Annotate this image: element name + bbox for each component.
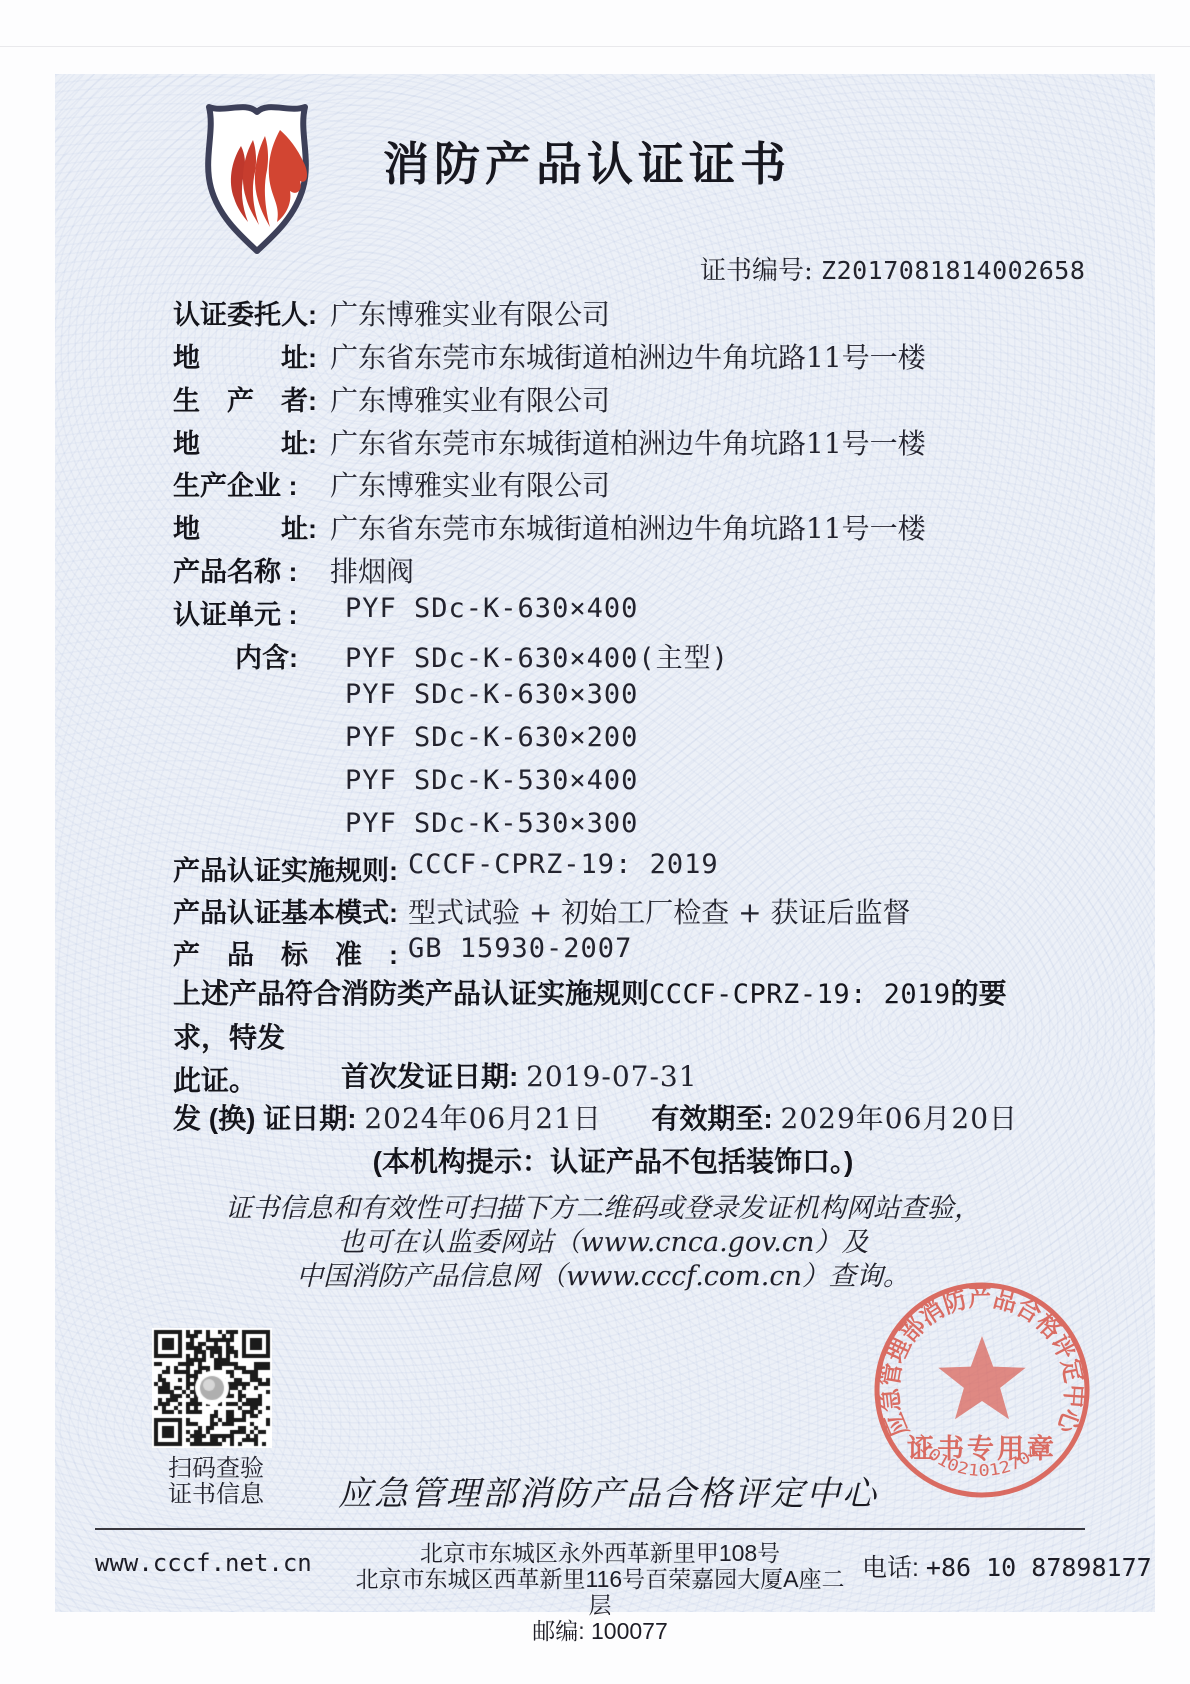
field-row-model: PYF SDc-K-530×300 [173,808,1073,848]
footer-address-line-2: 北京市东城区西革新里116号百荣嘉园大厦A座二层 [350,1566,850,1618]
certificate-number-value: Z2017081814002658 [821,256,1085,285]
field-label: 产品认证实施规则: [173,849,398,888]
field-row-product-standard: 产 品 标 准 : GB 15930-2007 [173,933,1073,973]
certificate-fields: 认证委托人: 广东博雅实业有限公司 地 址: 广东省东莞市东城街道柏洲边牛角坑路… [173,293,1073,983]
field-value: 广东博雅实业有限公司 [330,464,610,504]
qr-caption-line-1: 扫码查验 [168,1456,264,1482]
field-value: GB 15930-2007 [408,933,632,964]
field-label: 生 产 者: [173,379,317,418]
qr-code-icon [152,1328,272,1448]
field-value: PYF SDc-K-630×200 [345,722,638,753]
certificate-page: 消防产品认证证书 证书编号: Z2017081814002658 认证委托人: … [0,0,1190,1684]
fire-shield-logo-icon [196,96,318,260]
field-label: 地 址: [173,336,317,375]
certificate-number-label: 证书编号: [700,256,813,286]
scan-artifact-line [0,46,1190,47]
field-value: PYF SDc-K-630×300 [345,679,638,710]
verification-line-2: 也可在认监委网站（www.cnca.gov.cn）及 [173,1226,1033,1260]
field-value: PYF SDc-K-630×400 [345,593,638,624]
valid-until-label: 有效期至: [651,1103,772,1134]
field-row-address: 地 址: 广东省东莞市东城街道柏洲边牛角坑路11号一楼 [173,507,1073,547]
field-label: 产 品 标 准 : [173,933,398,972]
field-value: 型式试验 + 初始工厂检查 + 获证后监督 [408,891,911,931]
footer-phone-value: +86 10 87898177 [926,1553,1152,1582]
field-label: 内含: [235,636,298,675]
field-row-address: 地 址: 广东省东莞市东城街道柏洲边牛角坑路11号一楼 [173,422,1073,462]
agency-notice: (本机构提示：认证产品不包括装饰口。) [173,1140,1053,1180]
field-row-model: PYF SDc-K-630×200 [173,722,1073,762]
footer-divider [95,1528,1085,1530]
footer-postcode: 邮编: 100077 [350,1618,850,1644]
first-issue-date-label: 首次发证日期: [341,1061,518,1092]
footer-address-line-1: 北京市东城区永外西革新里甲108号 [350,1540,850,1566]
statement-rule-code: CCCF-CPRZ-19: 2019 [649,979,951,1010]
issuer-name: 应急管理部消防产品合格评定中心 [338,1466,878,1515]
field-row-cert-rule: 产品认证实施规则: CCCF-CPRZ-19: 2019 [173,849,1073,889]
first-issue-date-line: 首次发证日期: 2019-07-31 [341,1055,698,1095]
field-value: 广东博雅实业有限公司 [330,293,610,333]
reissue-date-value: 2024年06月21日 [364,1102,602,1135]
first-issue-date-value: 2019-07-31 [526,1060,697,1093]
field-value: 排烟阀 [330,550,414,590]
field-value: 广东省东莞市东城街道柏洲边牛角坑路11号一楼 [330,507,926,547]
qr-caption: 扫码查验 证书信息 [168,1456,264,1508]
certificate-title: 消防产品认证证书 [383,128,791,194]
field-row-producer: 生 产 者: 广东博雅实业有限公司 [173,379,1073,419]
field-value: 广东省东莞市东城街道柏洲边牛角坑路11号一楼 [330,422,926,462]
field-value: PYF SDc-K-530×300 [345,808,638,839]
field-row-product-name: 产品名称 : 排烟阀 [173,550,1073,590]
field-label: 生产企业 : [173,464,298,503]
field-value: 广东博雅实业有限公司 [330,379,610,419]
reissue-date-label: 发 (换) 证日期: [173,1103,357,1134]
field-label: 产品认证基本模式: [173,891,398,930]
field-value: 广东省东莞市东城街道柏洲边牛角坑路11号一楼 [330,336,926,376]
valid-until-value: 2029年06月20日 [781,1102,1019,1135]
footer-phone-label: 电话: [862,1554,919,1582]
certificate-number: 证书编号: Z2017081814002658 [700,250,1085,287]
field-label: 认证委托人: [173,293,317,332]
field-row-manufacturer: 生产企业 : 广东博雅实业有限公司 [173,464,1073,504]
field-value: PYF SDc-K-630×400(主型) [345,636,729,675]
field-label: 地 址: [173,422,317,461]
field-row-applicant: 认证委托人: 广东博雅实业有限公司 [173,293,1073,333]
field-row-cert-unit: 认证单元 : PYF SDc-K-630×400 [173,593,1073,633]
qr-caption-line-2: 证书信息 [168,1482,264,1508]
field-label: 地 址: [173,507,317,546]
field-row-model: PYF SDc-K-630×300 [173,679,1073,719]
footer-phone: 电话: +86 10 87898177 [862,1548,1152,1584]
field-row-cert-mode: 产品认证基本模式: 型式试验 + 初始工厂检查 + 获证后监督 [173,891,1073,931]
field-value: PYF SDc-K-530×400 [345,765,638,796]
statement-line-1: 上述产品符合消防类产品认证实施规则CCCF-CPRZ-19: 2019的要求，特… [173,972,1053,1059]
field-row-address: 地 址: 广东省东莞市东城街道柏洲边牛角坑路11号一楼 [173,336,1073,376]
field-value: CCCF-CPRZ-19: 2019 [408,849,719,880]
field-row-model: PYF SDc-K-530×400 [173,765,1073,805]
verification-line-1: 证书信息和有效性可扫描下方二维码或登录发证机构网站查验， [173,1192,1033,1226]
seal-star-icon [938,1336,1025,1419]
footer-address: 北京市东城区永外西革新里甲108号 北京市东城区西革新里116号百荣嘉园大厦A座… [350,1540,850,1644]
reissue-date-line: 发 (换) 证日期: 2024年06月21日 有效期至: 2029年06月20日 [173,1097,1018,1137]
official-seal-stamp: 应急管理部消防产品合格评定中心 证书专用章 11010210127041 [870,1278,1094,1502]
field-row-included-models: 内含: PYF SDc-K-630×400(主型) [173,636,1073,676]
statement-prefix: 上述产品符合消防类产品认证实施规则 [173,978,649,1009]
field-label: 认证单元 : [173,593,298,632]
field-label: 产品名称 : [173,550,298,589]
footer-website: www.cccf.net.cn [95,1549,312,1577]
